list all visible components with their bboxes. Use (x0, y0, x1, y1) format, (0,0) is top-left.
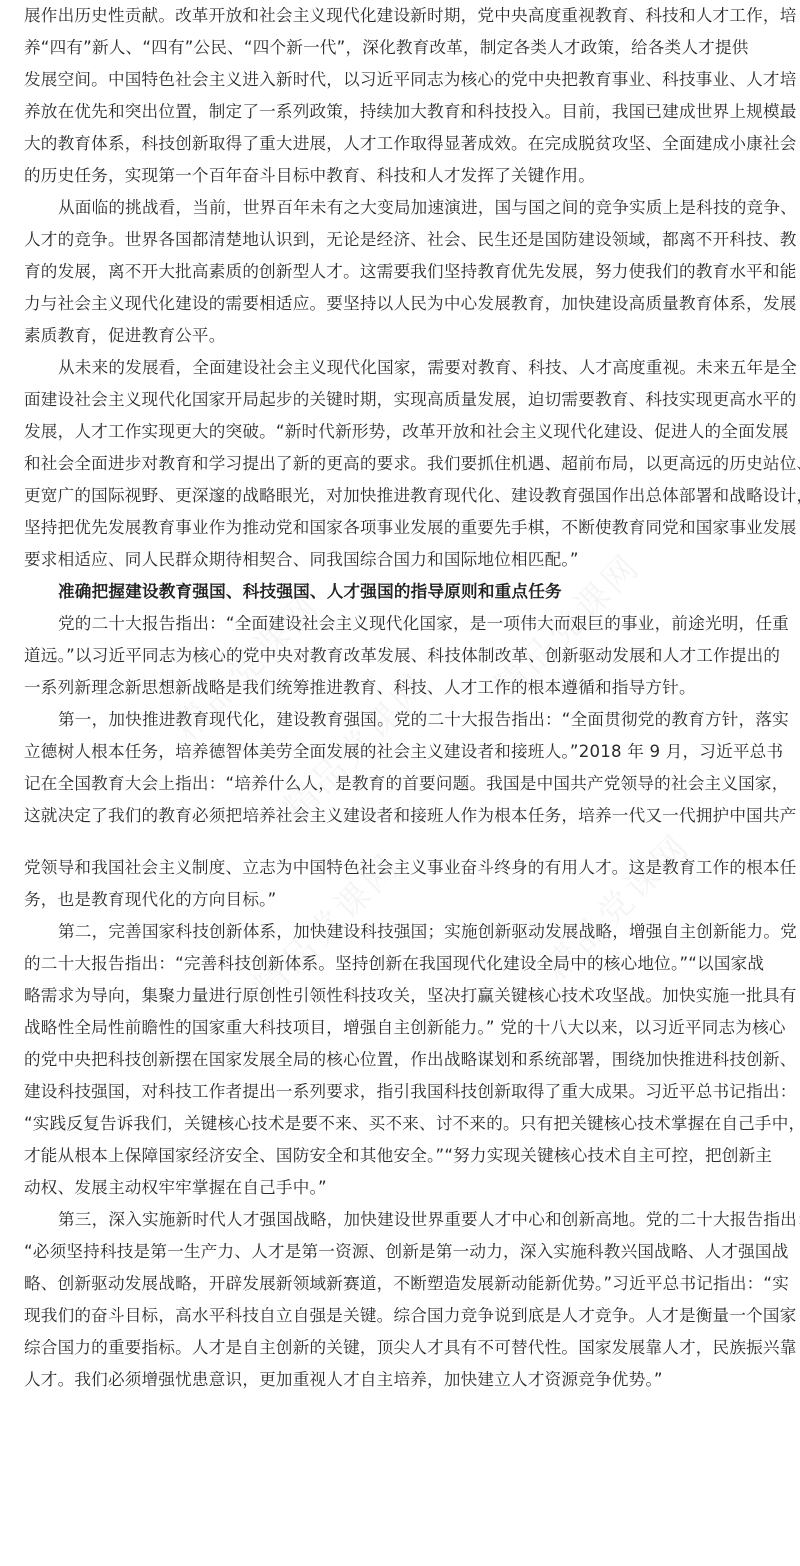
text-line: 展作出历史性贡献。改革开放和社会主义现代化建设新时期，党中央高度重视教育、科技和… (24, 0, 784, 32)
text-line: 发展，人才工作实现更大的突破。“新时代新形势，改革开放和社会主义现代化建设、促进… (24, 416, 784, 448)
text-line: 养“四有”新人、“四有”公民、“四个新一代”，深化教育改革，制定各类人才政策，给… (24, 32, 784, 64)
text-line: 才能从根本上保障国家经济安全、国防安全和其他安全。”“努力实现关键核心技术自主可… (24, 1140, 784, 1172)
document-page-1: 展作出历史性贡献。改革开放和社会主义现代化建设新时期，党中央高度重视教育、科技和… (24, 0, 784, 832)
text-line: 党领导和我国社会主义制度、立志为中国特色社会主义事业奋斗终身的有用人才。这是教育… (24, 852, 784, 884)
text-line: 略、创新驱动发展战略，开辟发展新领域新赛道，不断塑造发展新动能新优势。”习近平总… (24, 1268, 784, 1300)
text-line: 党的二十大报告指出：“全面建设社会主义现代化国家，是一项伟大而艰巨的事业，前途光… (24, 608, 784, 640)
text-line: “必须坚持科技是第一生产力、人才是第一资源、创新是第一动力，深入实施科教兴国战略… (24, 1236, 784, 1268)
text-line: 的历史任务，实现第一个百年奋斗目标中教育、科技和人才发挥了关键作用。 (24, 160, 784, 192)
document-page-2: 党领导和我国社会主义制度、立志为中国特色社会主义事业奋斗终身的有用人才。这是教育… (24, 852, 784, 1396)
text-line: 和社会全面进步对教育和学习提出了新的更高的要求。我们要抓住机遇、超前布局，以更高… (24, 448, 784, 480)
text-line: 养放在优先和突出位置，制定了一系列政策，持续加大教育和科技投入。目前，我国已建成… (24, 96, 784, 128)
text-line: 人才的竞争。世界各国都清楚地认识到，无论是经济、社会、民生还是国防建设领域，都离… (24, 224, 784, 256)
text-line: 一系列新理念新思想新战略是我们统筹推进教育、科技、人才工作的根本遵循和指导方针。 (24, 672, 784, 704)
text-line: 第二，完善国家科技创新体系，加快建设科技强国；实施创新驱动发展战略，增强自主创新… (24, 916, 784, 948)
text-line: 道远。”以习近平同志为核心的党中央对教育改革发展、科技体制改革、创新驱动发展和人… (24, 640, 784, 672)
text-line: 现我们的奋斗目标，高水平科技自立自强是关键。综合国力竞争说到底是人才竞争。人才是… (24, 1300, 784, 1332)
text-line: 素质教育，促进教育公平。 (24, 320, 784, 352)
text-line: 的党中央把科技创新摆在国家发展全局的核心位置，作出战略谋划和系统部署，围绕加快推… (24, 1044, 784, 1076)
text-line: 第三，深入实施新时代人才强国战略，加快建设世界重要人才中心和创新高地。党的二十大… (24, 1204, 784, 1236)
text-line: 要求相适应、同人民群众期待相契合、同我国综合国力和国际地位相匹配。” (24, 544, 784, 576)
text-line: 面建设社会主义现代化国家开局起步的关键时期，实现高质量发展，迫切需要教育、科技实… (24, 384, 784, 416)
text-line: 的二十大报告指出：“完善科技创新体系。坚持创新在我国现代化建设全局中的核心地位。… (24, 948, 784, 980)
section-heading: 准确把握建设教育强国、科技强国、人才强国的指导原则和重点任务 (24, 576, 784, 608)
text-line: 综合国力的重要指标。人才是自主创新的关键，顶尖人才具有不可替代性。国家发展靠人才… (24, 1332, 784, 1364)
text-line: 务，也是教育现代化的方向目标。” (24, 884, 784, 916)
text-line: 力与社会主义现代化建设的需要相适应。要坚持以人民为中心发展教育，加快建设高质量教… (24, 288, 784, 320)
text-line: 略需求为导向，集聚力量进行原创性引领性科技攻关，坚决打赢关键核心技术攻坚战。加快… (24, 980, 784, 1012)
text-line: 建设科技强国，对科技工作者提出一系列要求，指引我国科技创新取得了重大成果。习近平… (24, 1076, 784, 1108)
text-line: 发展空间。中国特色社会主义进入新时代，以习近平同志为核心的党中央把教育事业、科技… (24, 64, 784, 96)
text-line: 从面临的挑战看，当前，世界百年未有之大变局加速演进，国与国之间的竞争实质上是科技… (24, 192, 784, 224)
text-line: 这就决定了我们的教育必须把培养社会主义建设者和接班人作为根本任务，培养一代又一代… (24, 800, 784, 832)
text-line: 坚持把优先发展教育事业作为推动党和国家各项事业发展的重要先手棋，不断使教育同党和… (24, 512, 784, 544)
text-line: 战略性全局性前瞻性的国家重大科技项目，增强自主创新能力。” 党的十八大以来，以习… (24, 1012, 784, 1044)
text-line: 育的发展，离不开大批高素质的创新型人才。这需要我们坚持教育优先发展，努力使我们的… (24, 256, 784, 288)
text-line: 人才。我们必须增强忧患意识，更加重视人才自主培养，加快建立人才资源竞争优势。” (24, 1364, 784, 1396)
text-line: 更宽广的国际视野、更深邃的战略眼光，对加快推进教育现代化、建设教育强国作出总体部… (24, 480, 784, 512)
text-line: 动权、发展主动权牢牢掌握在自己手中。” (24, 1172, 784, 1204)
text-line: 大的教育体系，科技创新取得了重大进展，人才工作取得显著成效。在完成脱贫攻坚、全面… (24, 128, 784, 160)
text-line: 第一，加快推进教育现代化，建设教育强国。党的二十大报告指出：“全面贯彻党的教育方… (24, 704, 784, 736)
text-line: “实践反复告诉我们，关键核心技术是要不来、买不来、讨不来的。只有把关键核心技术掌… (24, 1108, 784, 1140)
text-line: 记在全国教育大会上指出：“培养什么人，是教育的首要问题。我国是中国共产党领导的社… (24, 768, 784, 800)
text-line: 立德树人根本任务，培养德智体美劳全面发展的社会主义建设者和接班人。”2018 年… (24, 736, 784, 768)
text-line: 从未来的发展看，全面建设社会主义现代化国家，需要对教育、科技、人才高度重视。未来… (24, 352, 784, 384)
